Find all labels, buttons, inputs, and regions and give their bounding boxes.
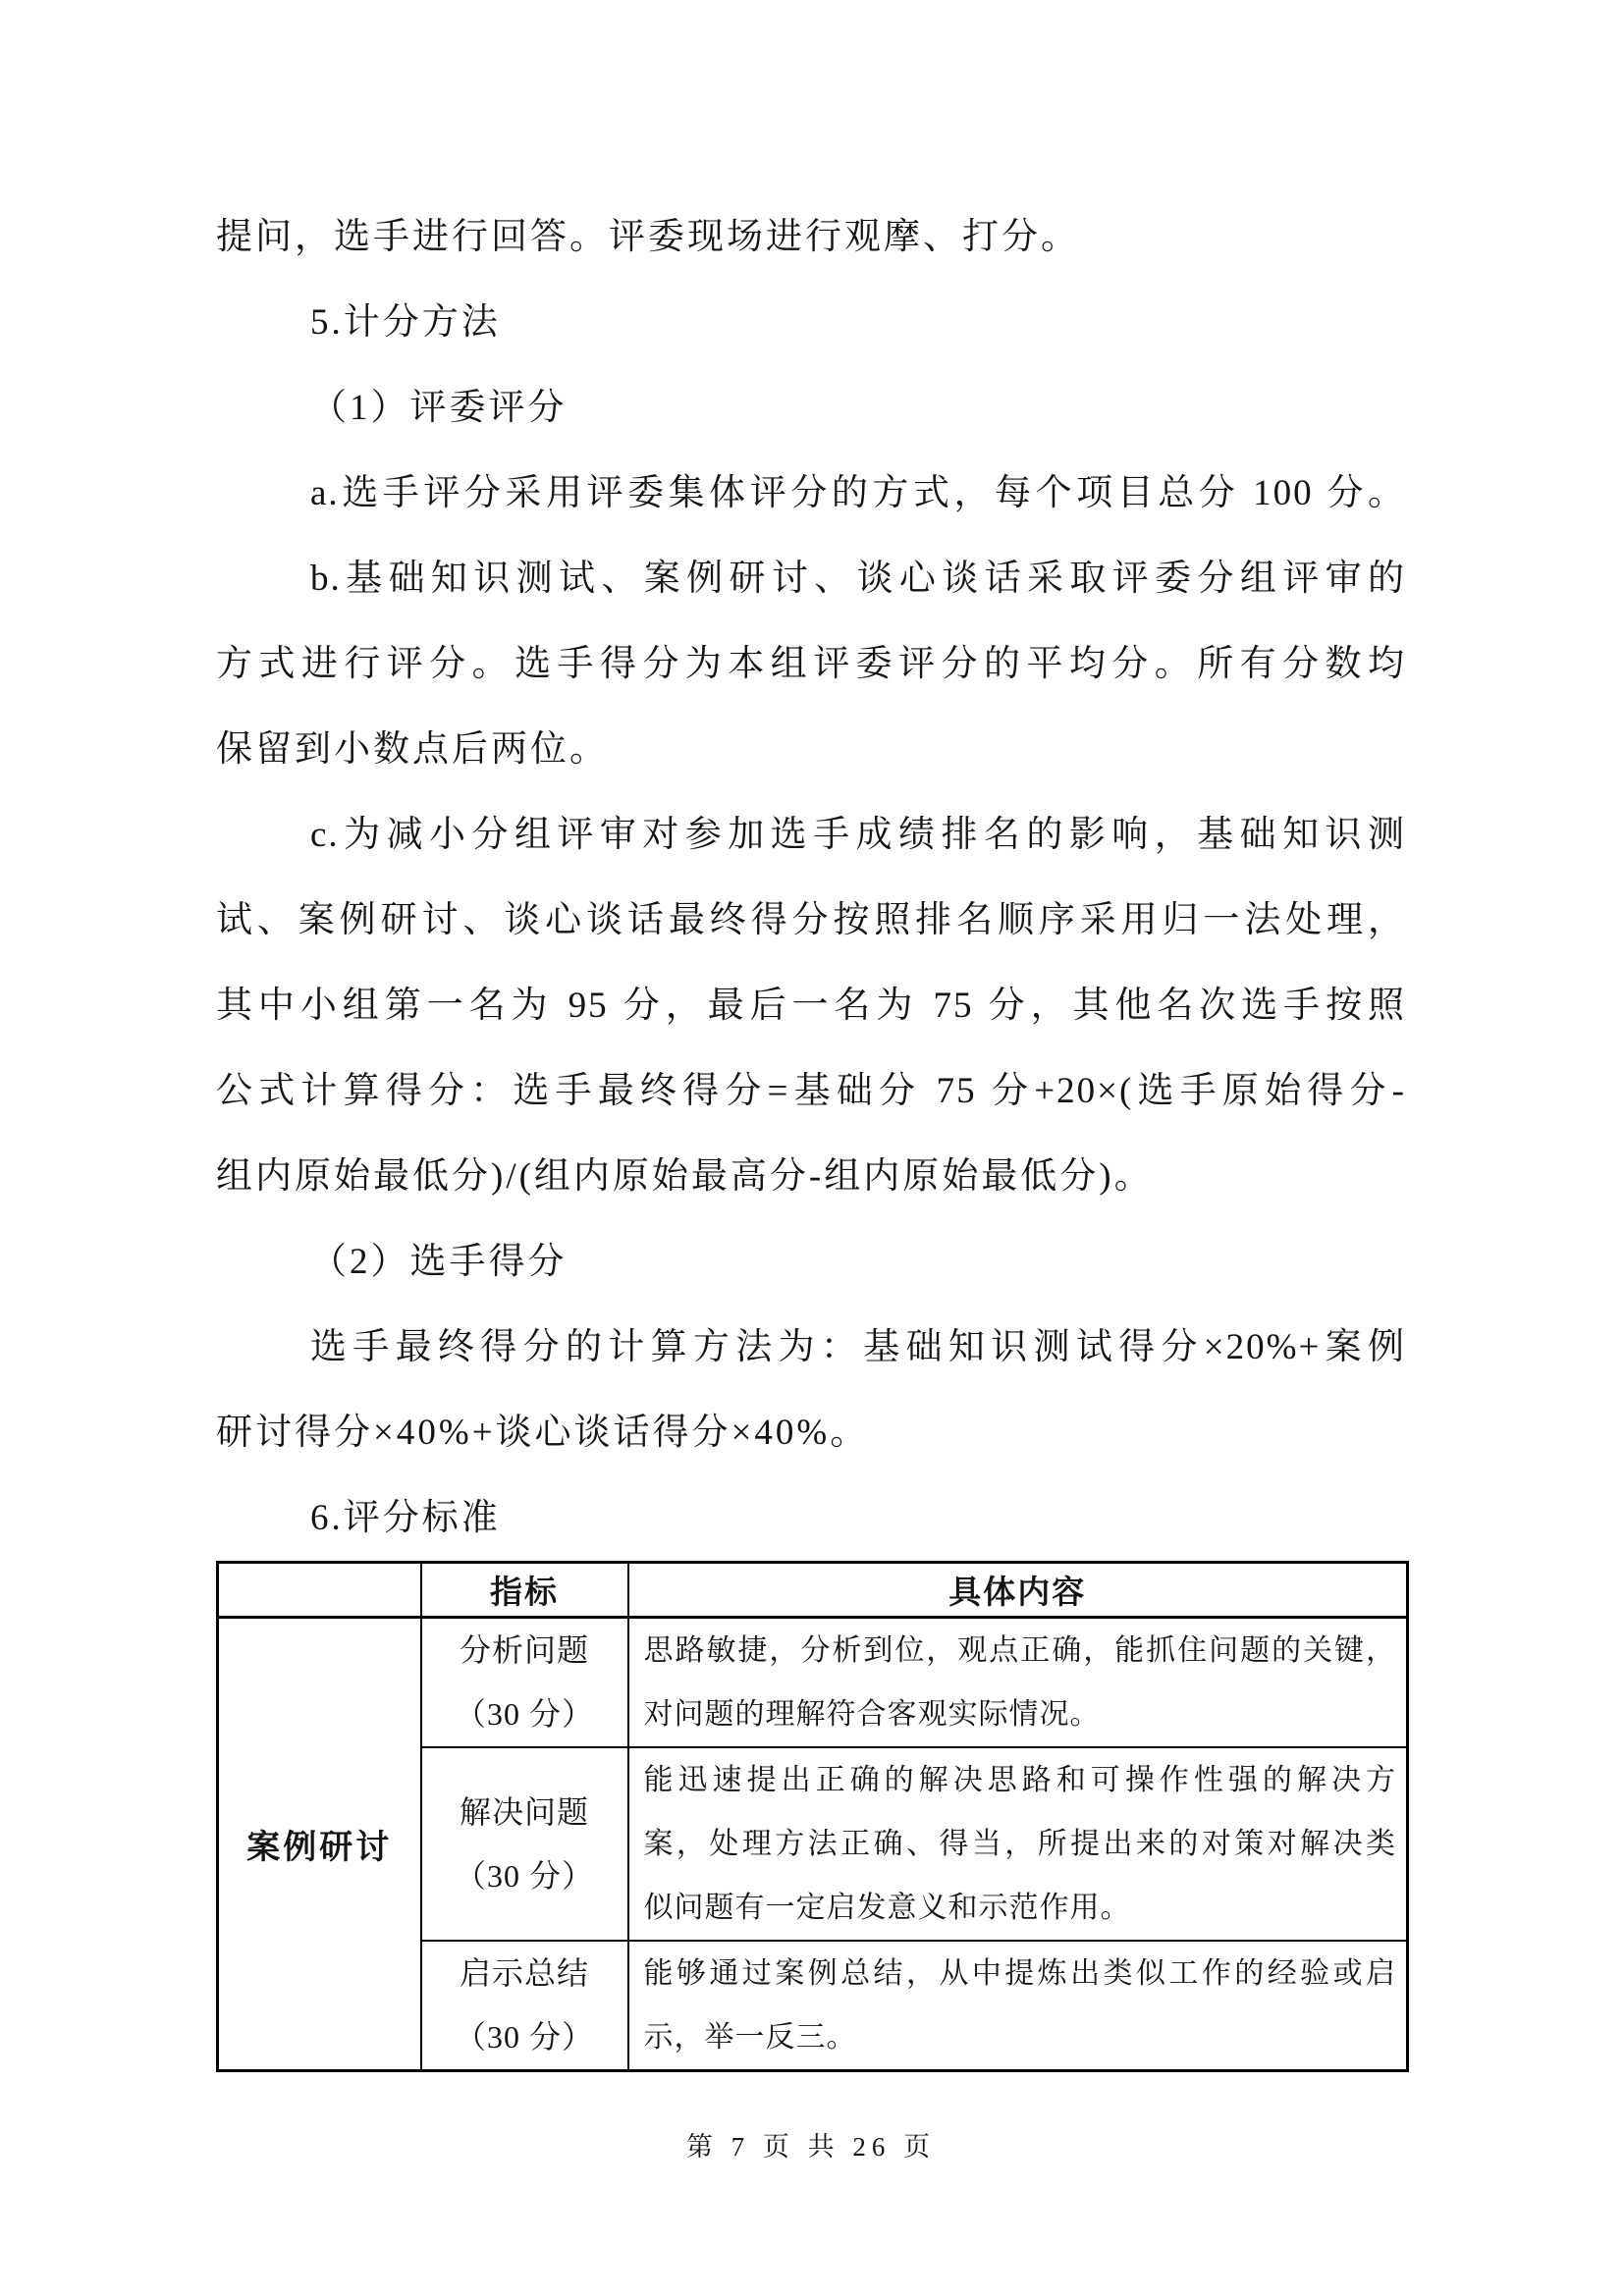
- text-line: 其中小组第一名为 95 分，最后一名为 75 分，其他名次选手按照: [216, 963, 1406, 1048]
- text-line: 能够通过案例总结，从中提炼出类似工作的经验或启: [629, 1942, 1407, 2005]
- table-header-indicator: 指标: [421, 1563, 628, 1618]
- text-line: 选手最终得分的计算方法为：基础知识测试得分×20%+案例: [216, 1305, 1406, 1390]
- text-line: b.基础知识测试、案例研讨、谈心谈话采取评委分组评审的: [216, 536, 1406, 621]
- text-line: 分析问题: [422, 1619, 627, 1682]
- heading-judge-scoring: （1）评委评分: [216, 365, 1406, 451]
- para-group-review: b.基础知识测试、案例研讨、谈心谈话采取评委分组评审的 方式进行评分。选手得分为…: [216, 536, 1406, 792]
- text-line: 对问题的理解符合客观实际情况。: [629, 1682, 1407, 1746]
- text-line: （30 分）: [422, 2005, 627, 2069]
- table-header-empty: [218, 1563, 421, 1618]
- text-line: （2）选手得分: [216, 1219, 1406, 1305]
- table-header-detail: 具体内容: [628, 1563, 1408, 1618]
- text-line: 示，举一反三。: [629, 2005, 1407, 2069]
- text-line: 解决问题: [422, 1781, 627, 1844]
- text-line: c.为减小分组评审对参加选手成绩排名的影响，基础知识测: [216, 792, 1406, 878]
- para-normalization-rule: c.为减小分组评审对参加选手成绩排名的影响，基础知识测 试、案例研讨、谈心谈话最…: [216, 792, 1406, 1219]
- text-line: （30 分）: [422, 1844, 627, 1908]
- para-collective-scoring: a.选手评分采用评委集体评分的方式，每个项目总分 100 分。: [216, 451, 1406, 536]
- table-header-row: 指标 具体内容: [218, 1563, 1408, 1618]
- para-final-score-formula: 选手最终得分的计算方法为：基础知识测试得分×20%+案例 研讨得分×40%+谈心…: [216, 1305, 1406, 1475]
- page-footer: 第 7 页 共 26 页: [216, 2131, 1406, 2163]
- text-line: 6.评分标准: [216, 1475, 1406, 1561]
- detail-cell: 能够通过案例总结，从中提炼出类似工作的经验或启 示，举一反三。: [628, 1941, 1408, 2071]
- detail-cell: 思路敏捷，分析到位，观点正确，能抓住问题的关键， 对问题的理解符合客观实际情况。: [628, 1618, 1408, 1748]
- heading-player-score: （2）选手得分: [216, 1219, 1406, 1305]
- heading-scoring-criteria: 6.评分标准: [216, 1475, 1406, 1561]
- text-line: a.选手评分采用评委集体评分的方式，每个项目总分 100 分。: [216, 451, 1406, 536]
- text-line: 似问题有一定启发意义和示范作用。: [629, 1876, 1407, 1940]
- detail-cell: 能迅速提出正确的解决思路和可操作性强的解决方 案，处理方法正确、得当，所提出来的…: [628, 1747, 1408, 1941]
- indicator-cell: 解决问题 （30 分）: [421, 1747, 628, 1941]
- text-line: 组内原始最低分)/(组内原始最高分-组内原始最低分)。: [216, 1134, 1406, 1219]
- text-line: 保留到小数点后两位。: [216, 707, 1406, 792]
- text-line: （30 分）: [422, 1682, 627, 1746]
- document-page: 提问，选手进行回答。评委现场进行观摩、打分。 5.计分方法 （1）评委评分 a.…: [0, 0, 1624, 2296]
- text-line: 试、案例研讨、谈心谈话最终得分按照排名顺序采用归一法处理，: [216, 878, 1406, 963]
- scoring-criteria-table: 指标 具体内容 案例研讨 分析问题 （30 分） 思路敏捷，分析到位，观点正确，…: [216, 1561, 1409, 2072]
- table-row: 案例研讨 分析问题 （30 分） 思路敏捷，分析到位，观点正确，能抓住问题的关键…: [218, 1618, 1408, 1748]
- text-line: 启示总结: [422, 1942, 627, 2005]
- heading-scoring-method: 5.计分方法: [216, 280, 1406, 365]
- text-line: 能迅速提出正确的解决思路和可操作性强的解决方: [629, 1748, 1407, 1812]
- text-line: 5.计分方法: [216, 280, 1406, 365]
- indicator-cell: 启示总结 （30 分）: [421, 1941, 628, 2071]
- text-line: （1）评委评分: [216, 365, 1406, 451]
- text-line: 提问，选手进行回答。评委现场进行观摩、打分。: [216, 194, 1406, 280]
- text-line: 方式进行评分。选手得分为本组评委评分的平均分。所有分数均: [216, 621, 1406, 707]
- para-continuation: 提问，选手进行回答。评委现场进行观摩、打分。: [216, 194, 1406, 280]
- text-line: 公式计算得分：选手最终得分=基础分 75 分+20×(选手原始得分-: [216, 1048, 1406, 1134]
- text-line: 研讨得分×40%+谈心谈话得分×40%。: [216, 1390, 1406, 1475]
- text-line: 案，处理方法正确、得当，所提出来的对策对解决类: [629, 1812, 1407, 1876]
- text-line: 思路敏捷，分析到位，观点正确，能抓住问题的关键，: [629, 1619, 1407, 1682]
- indicator-cell: 分析问题 （30 分）: [421, 1618, 628, 1748]
- document-body: 提问，选手进行回答。评委现场进行观摩、打分。 5.计分方法 （1）评委评分 a.…: [0, 0, 1624, 2163]
- category-cell-case-study: 案例研讨: [218, 1618, 421, 2071]
